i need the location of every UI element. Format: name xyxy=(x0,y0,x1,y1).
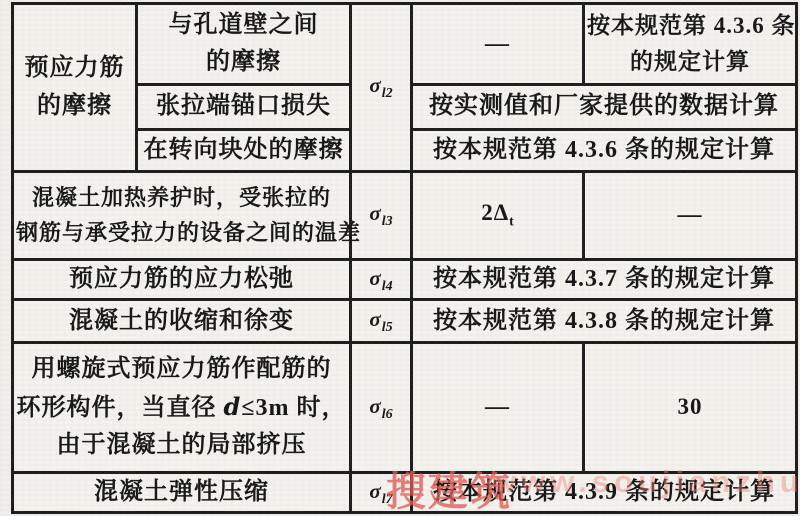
cell-symbol-sigma-l4: σl4 xyxy=(351,260,412,300)
item-text: 钢筋与承受拉力的设备之间的温差 xyxy=(16,216,347,250)
dash-value: — xyxy=(678,202,703,228)
cell-value-dash: — xyxy=(412,4,584,85)
cell-method-437: 按本规范第 4.3.7 条的规定计算 xyxy=(412,260,797,300)
cell-item-deviator: 在转向块处的摩擦 xyxy=(137,130,351,172)
item-text: 张拉端锚口损失 xyxy=(156,93,331,119)
item-text: 混凝土弹性压缩 xyxy=(94,479,269,505)
cell-value-30: 30 xyxy=(584,343,797,473)
cell-item-elastic: 混凝土弹性压缩 xyxy=(13,473,351,513)
item-text: 由于混凝土的局部挤压 xyxy=(16,427,347,464)
item-text: 用螺旋式预应力筋作配筋的 xyxy=(16,351,347,388)
cell-symbol-sigma-l3: σl3 xyxy=(351,172,412,260)
cell-item-anchorage: 张拉端锚口损失 xyxy=(137,85,351,130)
method-text: 按本规范第 4.3.7 条的规定计算 xyxy=(433,266,775,292)
table-row: 混凝土加热养护时，受张拉的 钢筋与承受拉力的设备之间的温差 σl3 2Δt — xyxy=(13,172,797,260)
sigma-symbol: σl3 xyxy=(369,201,392,225)
cell-value-dash2: — xyxy=(584,172,797,260)
item-text: 在转向块处的摩擦 xyxy=(144,137,344,163)
cell-method-438: 按本规范第 4.3.8 条的规定计算 xyxy=(412,300,797,343)
table-row: 用螺旋式预应力筋作配筋的 环形构件，当直径 d≤3m 时， 由于混凝土的局部挤压… xyxy=(13,343,797,473)
cell-item-relaxation: 预应力筋的应力松弛 xyxy=(13,260,351,300)
cell-symbol-sigma-l2: σl2 xyxy=(351,4,412,172)
method-text: 按本规范第 4.3.6 条 xyxy=(587,8,793,44)
sigma-symbol: σl6 xyxy=(369,394,392,418)
table-row: 混凝土的收缩和徐变 σl5 按本规范第 4.3.8 条的规定计算 xyxy=(13,300,797,343)
method-text: 按本规范第 4.3.8 条的规定计算 xyxy=(433,308,775,334)
cell-value-2delta-t: 2Δt xyxy=(412,172,584,260)
watermark-url: www.soujianzhu.cn xyxy=(492,464,800,500)
item-text: 预应力筋的应力松弛 xyxy=(69,266,294,292)
cell-symbol-sigma-l5: σl5 xyxy=(351,300,412,343)
cell-method-436: 按本规范第 4.3.6 条 的规定计算 xyxy=(584,4,797,85)
diameter-variable: d xyxy=(224,392,242,421)
cell-method-436b: 按本规范第 4.3.6 条的规定计算 xyxy=(412,130,797,172)
item-text: 混凝土的收缩和徐变 xyxy=(69,308,294,334)
sigma-symbol: σl2 xyxy=(369,73,392,97)
method-text: 的规定计算 xyxy=(587,44,793,80)
numeric-value: 30 xyxy=(678,394,703,419)
method-text: 按实测值和厂家提供的数据计算 xyxy=(429,93,779,119)
method-text: 按本规范第 4.3.6 条的规定计算 xyxy=(433,137,775,163)
cell-value-dash3: — xyxy=(412,343,584,473)
cell-item-temperature: 混凝土加热养护时，受张拉的 钢筋与承受拉力的设备之间的温差 xyxy=(13,172,351,260)
item-text: 环形构件，当直径 d≤3m 时， xyxy=(16,388,347,427)
category-text: 预应力筋 xyxy=(16,50,133,87)
cell-category-friction: 预应力筋 的摩擦 xyxy=(13,4,137,172)
scanned-document-page: 预应力筋 的摩擦 与孔道壁之间 的摩擦 σl2 — 按本规范第 4.3.6 条 … xyxy=(0,0,800,516)
cell-item-spiral: 用螺旋式预应力筋作配筋的 环形构件，当直径 d≤3m 时， 由于混凝土的局部挤压 xyxy=(13,343,351,473)
dash-value: — xyxy=(485,394,510,420)
cell-symbol-sigma-l6: σl6 xyxy=(351,343,412,473)
cell-item-shrinkage: 混凝土的收缩和徐变 xyxy=(13,300,351,343)
category-text: 的摩擦 xyxy=(16,88,133,125)
sigma-symbol: σl4 xyxy=(369,266,392,290)
item-text: 与孔道壁之间 xyxy=(140,7,347,44)
table-row: 预应力筋的应力松弛 σl4 按本规范第 4.3.7 条的规定计算 xyxy=(13,260,797,300)
delta-value: 2Δt xyxy=(481,200,514,225)
prestress-loss-table: 预应力筋 的摩擦 与孔道壁之间 的摩擦 σl2 — 按本规范第 4.3.6 条 … xyxy=(11,2,798,514)
item-text: 混凝土加热养护时，受张拉的 xyxy=(16,181,347,215)
cell-item-duct-wall: 与孔道壁之间 的摩擦 xyxy=(137,4,351,85)
item-text: 的摩擦 xyxy=(140,44,347,81)
sigma-symbol: σl5 xyxy=(369,307,392,331)
cell-method-measured: 按实测值和厂家提供的数据计算 xyxy=(412,85,797,130)
dash-value: — xyxy=(485,31,510,57)
table-row: 预应力筋 的摩擦 与孔道壁之间 的摩擦 σl2 — 按本规范第 4.3.6 条 … xyxy=(13,4,797,85)
